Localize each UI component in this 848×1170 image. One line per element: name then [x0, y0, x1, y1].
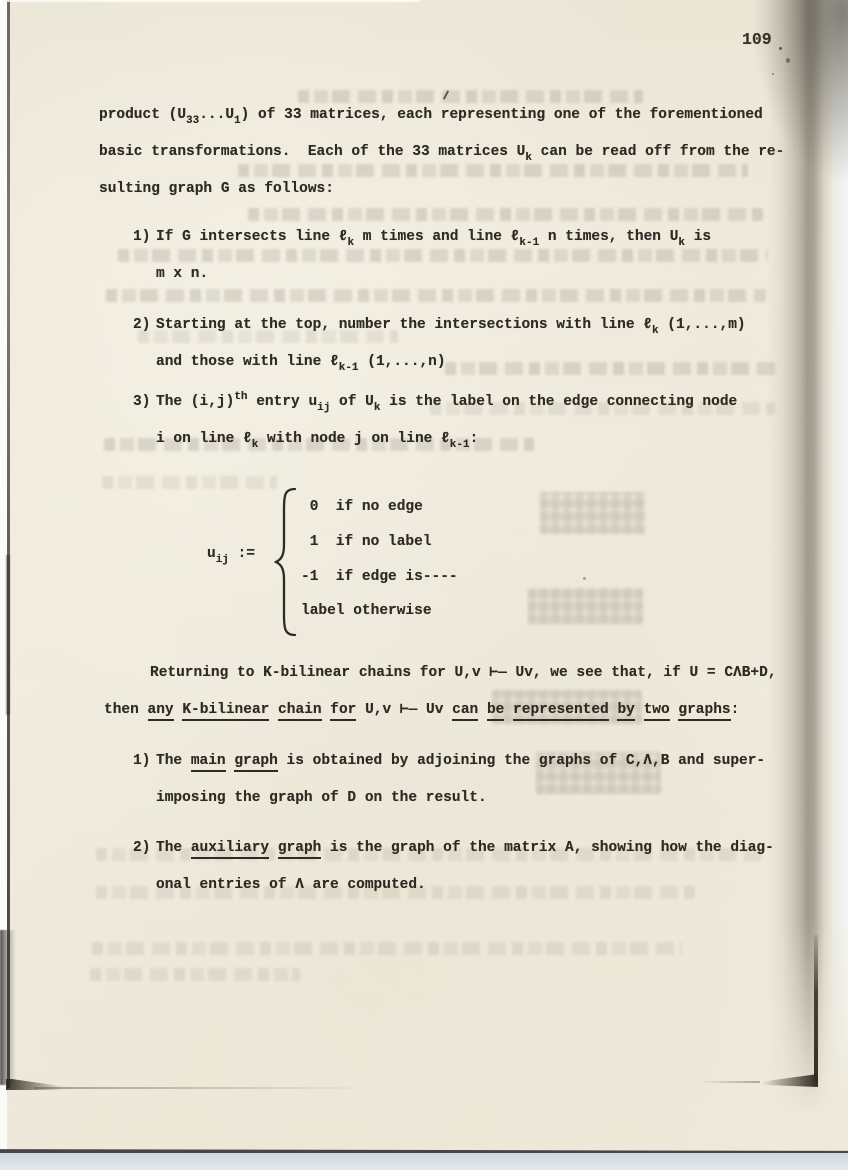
list-item-line: The main graph is obtained by adjoining …	[156, 752, 765, 771]
formula-case-line: -1 if edge is----	[301, 568, 458, 587]
bleedthrough-text	[92, 942, 682, 955]
page-edge-streak-left	[0, 930, 16, 1085]
bleedthrough-matrix	[528, 588, 643, 624]
formula-case-line: 1 if no label	[301, 533, 432, 552]
scanner-background-strip	[0, 1153, 848, 1170]
hairline-bottom-right	[698, 1081, 760, 1083]
bleedthrough-text	[90, 968, 300, 981]
paragraph-line: Returning to K-bilinear chains for U,v ⊢…	[150, 664, 777, 683]
formula-case-line: label otherwise	[301, 602, 432, 621]
list-marker: 1)	[133, 752, 150, 771]
list-marker: 3)	[133, 393, 150, 412]
hairline-top	[0, 0, 420, 2]
formula-lhs: uij :=	[207, 545, 255, 565]
list-item-line: m x n.	[156, 265, 208, 284]
bleedthrough-text	[118, 249, 768, 262]
page-edge-line-right	[814, 935, 818, 1081]
page-edge-smudge-left	[6, 555, 10, 715]
paragraph-line: product (U33...U1) of 33 matrices, each …	[99, 106, 763, 126]
list-item-line: Starting at the top, number the intersec…	[156, 316, 746, 336]
page-edge-shadow-top-right	[690, 0, 848, 420]
list-marker: 2)	[133, 839, 150, 858]
list-item-line: and those with line ℓk-1 (1,...,n)	[156, 353, 446, 373]
page-edge-line-left	[7, 0, 10, 1088]
ink-speck	[583, 577, 586, 580]
paragraph-line: then any K-bilinear chain for U,v ⊢— Uv …	[104, 701, 739, 720]
bleedthrough-matrix	[540, 492, 645, 534]
paragraph-line: sulting graph G as follows:	[99, 180, 334, 199]
list-item-line: The (i,j)th entry uij of Uk is the label…	[156, 393, 737, 413]
formula-case-line: 0 if no edge	[301, 498, 423, 517]
list-marker: 2)	[133, 316, 150, 335]
bleedthrough-text	[238, 164, 748, 177]
paragraph-line: basic transformations. Each of the 33 ma…	[99, 143, 784, 163]
list-item-line: The auxiliary graph is the graph of the …	[156, 839, 774, 858]
left-brace-icon	[274, 486, 298, 638]
list-item-line: onal entries of Λ are computed.	[156, 876, 426, 895]
list-item-line: If G intersects line ℓk m times and line…	[156, 228, 711, 248]
scanned-page: 109 product (U33...U1) of 33 matrices, e…	[0, 0, 848, 1170]
bleedthrough-text	[106, 289, 766, 302]
bleedthrough-text	[298, 90, 643, 103]
bleedthrough-text	[248, 208, 763, 221]
list-item-line: i on line ℓk with node j on line ℓk-1:	[156, 430, 478, 450]
list-item-line: imposing the graph of D on the result.	[156, 789, 487, 808]
list-marker: 1)	[133, 228, 150, 247]
bleedthrough-text	[102, 476, 277, 489]
hairline-bottom-left	[34, 1087, 374, 1089]
